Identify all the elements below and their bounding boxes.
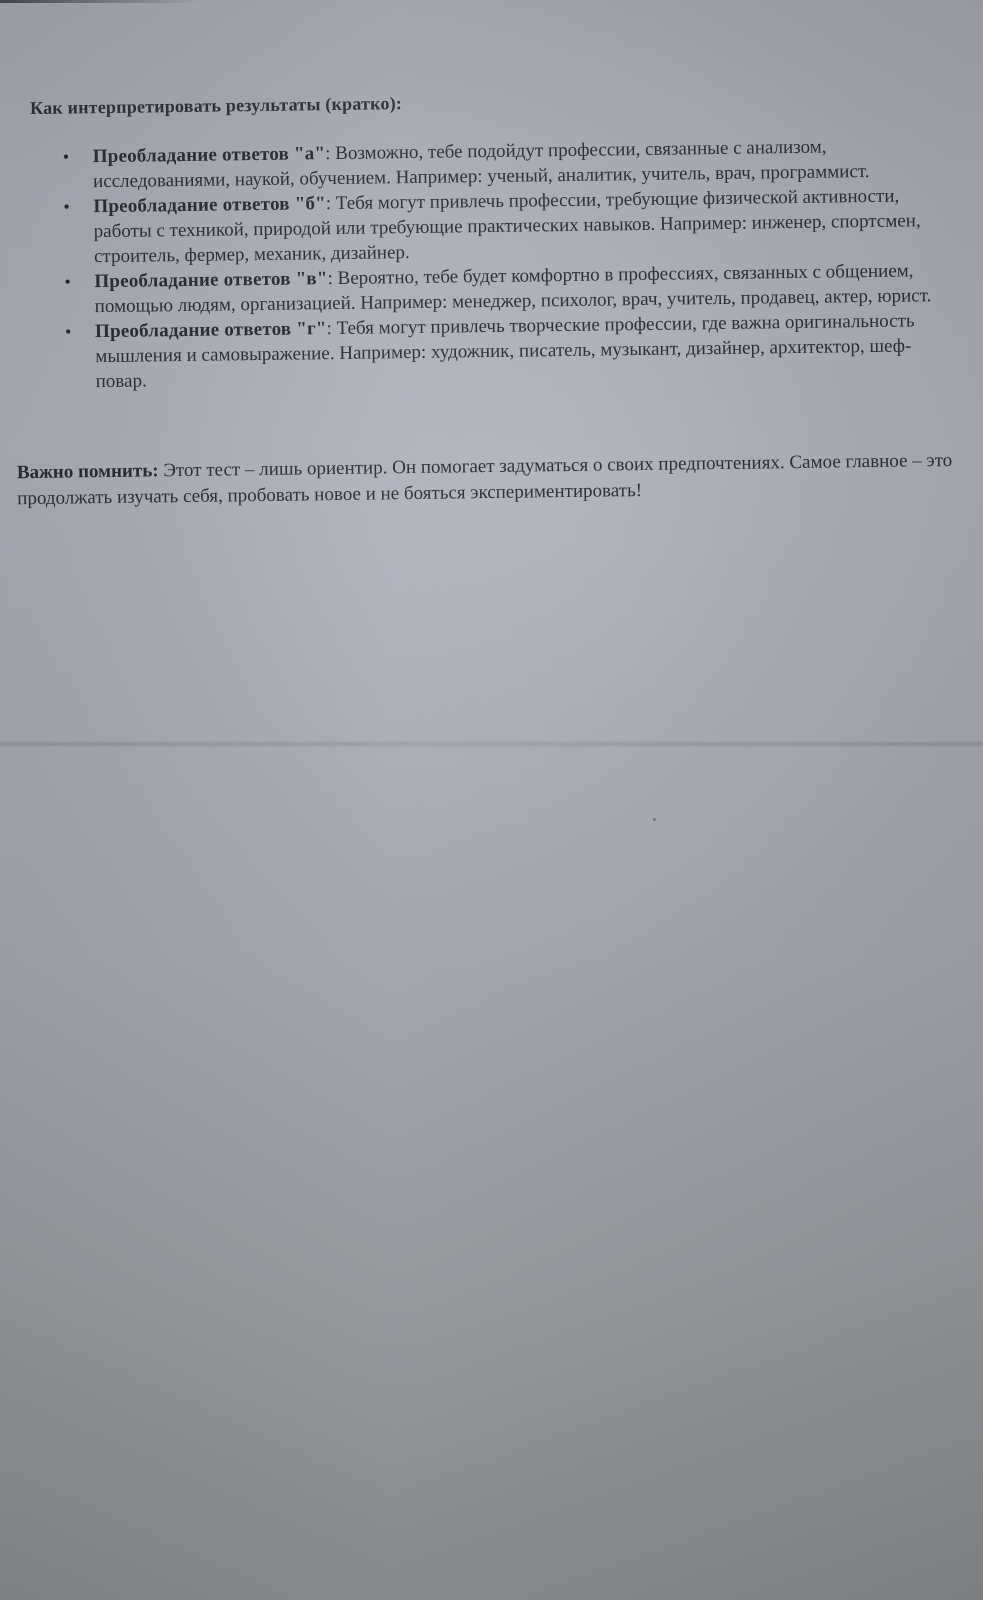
note-lead: Важно помнить: — [17, 460, 159, 483]
item-lead: Преобладание ответов "б" — [93, 193, 326, 217]
list-item: • Преобладание ответов "б": Тебя могут п… — [63, 183, 959, 270]
important-note: Важно помнить: Этот тест – лишь ориентир… — [17, 448, 978, 513]
interpretation-list: • Преобладание ответов "а": Возможно, те… — [63, 133, 961, 395]
printed-page: Как интерпретировать результаты (кратко)… — [0, 0, 983, 1600]
bullet-icon: • — [64, 269, 71, 294]
paper-fold-line — [0, 742, 983, 746]
section-heading: Как интерпретировать результаты (кратко)… — [30, 93, 402, 119]
bullet-icon: • — [63, 144, 70, 169]
item-lead: Преобладание ответов "в" — [94, 268, 327, 292]
item-lead: Преобладание ответов "а" — [93, 143, 326, 167]
list-item: • Преобладание ответов "г": Тебя могут п… — [65, 308, 961, 395]
paper-speck — [653, 818, 656, 821]
bullet-icon: • — [63, 194, 70, 219]
bullet-icon: • — [65, 319, 72, 344]
item-lead: Преобладание ответов "г" — [95, 318, 327, 342]
